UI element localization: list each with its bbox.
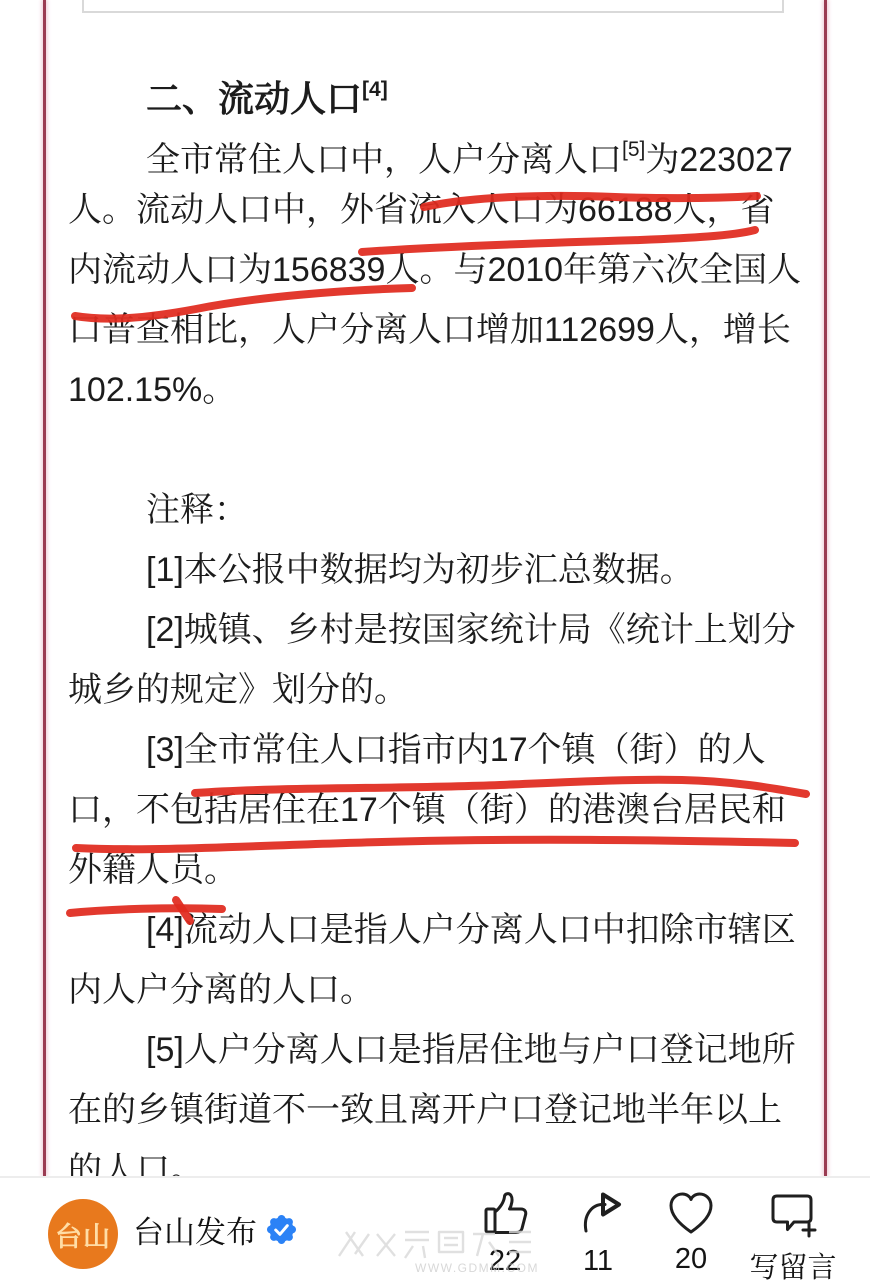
section-title-text: 二、流动人口 — [146, 78, 362, 119]
article-body: 二、流动人口[4] 全市常住人口中，人户分离人口[5]为223027 人。流动人… — [68, 60, 813, 1177]
paragraph-line: 内流动人口为156839人。与2010年第六次全国人 — [68, 240, 813, 300]
para1-line1-a: 全市常住人口中，人户分离人口 — [146, 141, 622, 179]
account-name-row: 台山发布 — [133, 1178, 297, 1280]
note-1-line: [1]本公报中数据均为初步汇总数据。 — [68, 540, 813, 600]
favorite-count: 20 — [675, 1243, 707, 1276]
previous-table-bottom-edge — [82, 0, 784, 13]
note-3-line: 口，不包括居住在17个镇（街）的港澳台居民和 — [68, 780, 813, 840]
account-avatar[interactable]: 台山 — [48, 1199, 118, 1269]
note-2-line: 城乡的规定》划分的。 — [68, 660, 813, 720]
note-5-line: 的人口。 — [68, 1140, 813, 1177]
account-name[interactable]: 台山发布 — [133, 1207, 257, 1252]
note-4-line: [4]流动人口是指人户分离人口中扣除市辖区 — [68, 900, 813, 960]
note-3-line: [3]全市常住人口指市内17个镇（街）的人 — [68, 720, 813, 780]
watermark-url: WWW.GDMM.COM — [415, 1261, 539, 1275]
para1-line1-b: 为223027 — [645, 141, 792, 179]
watermark: WWW.GDMM.COM — [333, 1222, 583, 1278]
watermark-glyphs — [339, 1232, 531, 1258]
note-5-line: [5]人户分离人口是指居住地与户口登记地所 — [68, 1020, 813, 1080]
page-border-left — [43, 0, 46, 1176]
paragraph-line: 口普查相比，人户分离人口增加112699人，增长 — [68, 300, 813, 360]
verified-badge-icon — [266, 1214, 297, 1245]
note-3-line: 外籍人员。 — [68, 840, 813, 900]
footnote-ref-5: [5] — [622, 138, 645, 161]
note-4-line: 内人户分离的人口。 — [68, 960, 813, 1020]
page-border-right — [824, 0, 827, 1176]
footnote-ref-4: [4] — [362, 78, 388, 101]
article-page: 二、流动人口[4] 全市常住人口中，人户分离人口[5]为223027 人。流动人… — [0, 0, 870, 1280]
note-2-line: [2]城镇、乡村是按国家统计局《统计上划分 — [68, 600, 813, 660]
note-5-line: 在的乡镇街道不一致且离开户口登记地半年以上 — [68, 1080, 813, 1140]
share-count: 11 — [583, 1245, 613, 1278]
blank-line — [68, 420, 813, 480]
comment-label: 写留言 — [749, 1245, 836, 1280]
notes-heading: 注释： — [68, 480, 813, 540]
comment-plus-icon — [767, 1190, 819, 1238]
section-title: 二、流动人口[4] — [68, 60, 813, 120]
favorite-button[interactable]: 20 — [651, 1190, 731, 1276]
heart-icon — [667, 1190, 715, 1236]
comment-button[interactable]: 写留言 — [737, 1190, 849, 1280]
paragraph-line: 102.15%。 — [68, 360, 813, 420]
paragraph-line: 人。流动人口中，外省流入人口为66188人，省 — [68, 180, 813, 240]
paragraph-line: 全市常住人口中，人户分离人口[5]为223027 — [68, 120, 813, 180]
avatar-logo-text: 台山 — [55, 1215, 111, 1254]
